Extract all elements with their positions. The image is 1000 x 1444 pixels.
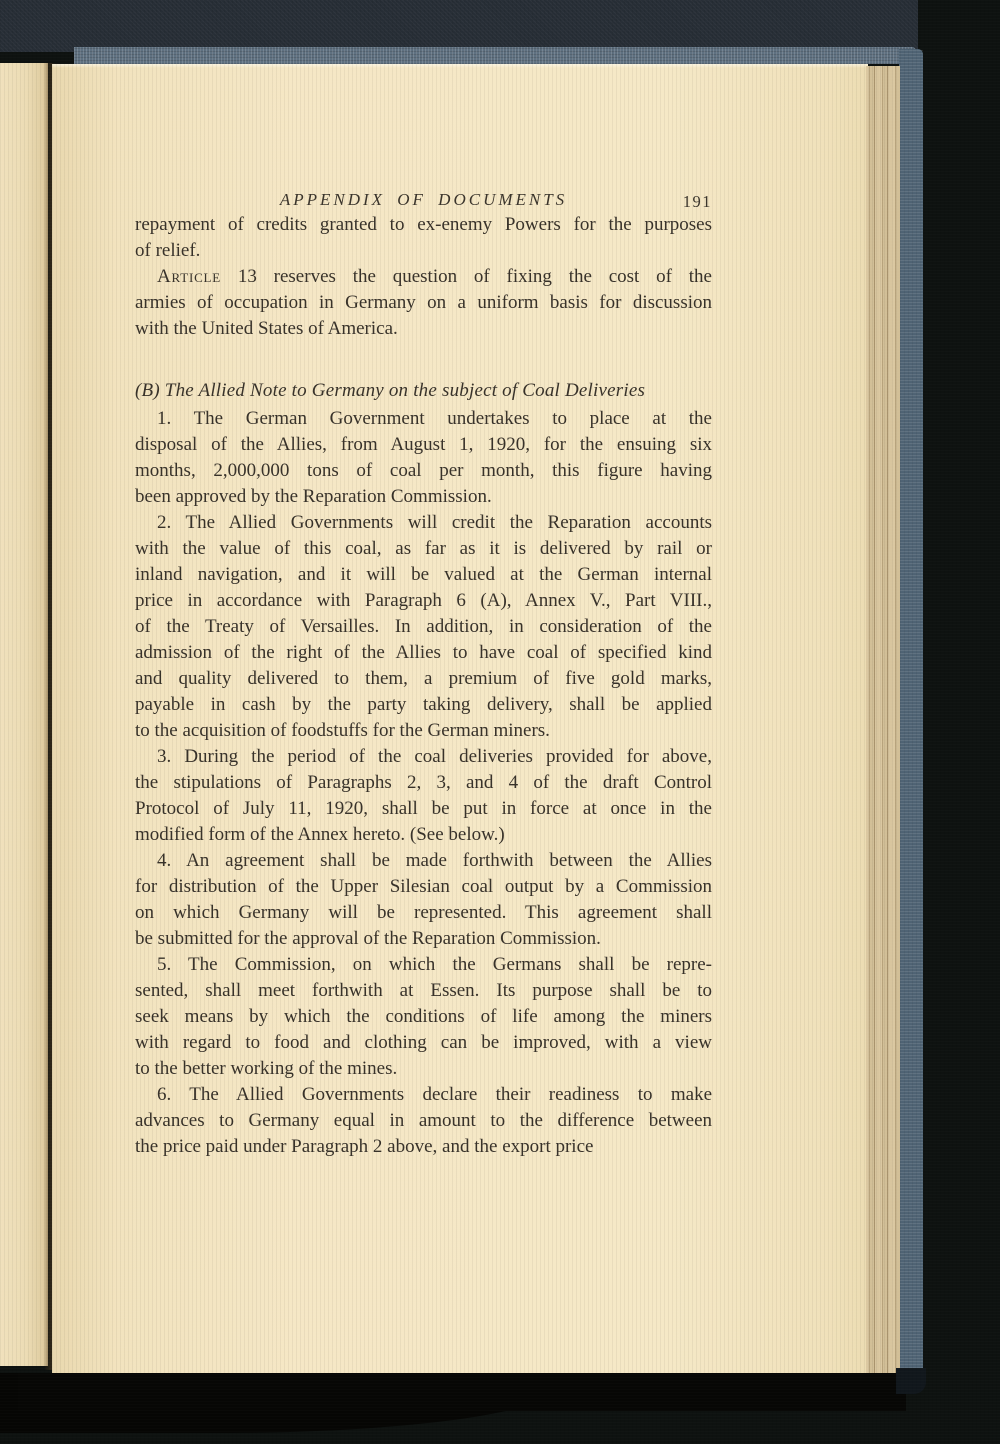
text-line: of relief. — [135, 238, 712, 264]
paragraph: 2. The Allied Governments will credit th… — [135, 510, 712, 744]
section-heading: (B) The Allied Note to Germany on the su… — [135, 378, 712, 404]
text-line: inland navigation, and it will be valued… — [135, 562, 712, 588]
text-line: 2. The Allied Governments will credit th… — [135, 510, 712, 536]
paragraph: 5. The Commission, on which the Germans … — [135, 952, 712, 1082]
text-line: advances to Germany equal in amount to t… — [135, 1108, 712, 1134]
paragraph: Article 13 reserves the question of fixi… — [135, 264, 712, 342]
text-line: 5. The Commission, on which the Germans … — [135, 952, 712, 978]
book-cover-cloth-right — [899, 49, 923, 1389]
text-line: with the value of this coal, as far as i… — [135, 536, 712, 562]
text-line: price in accordance with Paragraph 6 (A)… — [135, 588, 712, 614]
paragraph: 3. During the period of the coal deliver… — [135, 744, 712, 848]
text-line: admission of the right of the Allies to … — [135, 640, 712, 666]
continuation-paragraph: repayment of credits granted to ex-enemy… — [135, 212, 712, 264]
paragraph: 6. The Allied Governments declare their … — [135, 1082, 712, 1160]
text-line: Protocol of July 11, 1920, shall be put … — [135, 796, 712, 822]
text-line: the stipulations of Paragraphs 2, 3, and… — [135, 770, 712, 796]
text-line: modified form of the Annex hereto. (See … — [135, 822, 712, 848]
text-line: 3. During the period of the coal deliver… — [135, 744, 712, 770]
text-line: to the acquisition of foodstuffs for the… — [135, 718, 712, 744]
paragraph: 1. The German Government undertakes to p… — [135, 406, 712, 510]
adjacent-page-edge — [0, 63, 48, 1366]
text-line: with regard to food and clothing can be … — [135, 1030, 712, 1056]
text-line: repayment of credits granted to ex-enemy… — [135, 212, 712, 238]
page-text: repayment of credits granted to ex-enemy… — [135, 212, 712, 1160]
running-head: APPENDIX OF DOCUMENTS — [135, 190, 712, 210]
text-line: payable in cash by the party taking deli… — [135, 692, 712, 718]
text-line: be submitted for the approval of the Rep… — [135, 926, 712, 952]
text-line: Article 13 reserves the question of fixi… — [135, 264, 712, 290]
text-line: armies of occupation in Germany on a uni… — [135, 290, 712, 316]
text-line: of the Treaty of Versailles. In addition… — [135, 614, 712, 640]
text-line: seek means by which the conditions of li… — [135, 1004, 712, 1030]
text-line: sented, shall meet forthwith at Essen. I… — [135, 978, 712, 1004]
text-line: 6. The Allied Governments declare their … — [135, 1082, 712, 1108]
smallcaps-lead: Article — [157, 266, 221, 287]
text-line: disposal of the Allies, from August 1, 1… — [135, 432, 712, 458]
text-line: on which Germany will be represented. Th… — [135, 900, 712, 926]
text-line: to the better working of the mines. — [135, 1056, 712, 1082]
text-line: the price paid under Paragraph 2 above, … — [135, 1134, 712, 1160]
page-shadow — [18, 1373, 906, 1411]
text-line: and quality delivered to them, a premium… — [135, 666, 712, 692]
book-cover-top-edge — [0, 0, 918, 52]
cover-bottom-corner — [896, 1368, 926, 1394]
text-line: months, 2,000,000 tons of coal per month… — [135, 458, 712, 484]
book-cover-cloth-top — [74, 47, 916, 64]
page-stack-edges — [866, 66, 900, 1373]
book-page: APPENDIX OF DOCUMENTS 191 repayment of c… — [52, 64, 868, 1374]
page-number: 191 — [683, 192, 712, 212]
text-line: 1. The German Government undertakes to p… — [135, 406, 712, 432]
text-line: with the United States of America. — [135, 316, 712, 342]
book-scan-photo: APPENDIX OF DOCUMENTS 191 repayment of c… — [0, 0, 1000, 1444]
text-line: for distribution of the Upper Silesian c… — [135, 874, 712, 900]
paragraph: 4. An agreement shall be made forthwith … — [135, 848, 712, 952]
text-line: 4. An agreement shall be made forthwith … — [135, 848, 712, 874]
text-line: been approved by the Reparation Commissi… — [135, 484, 712, 510]
